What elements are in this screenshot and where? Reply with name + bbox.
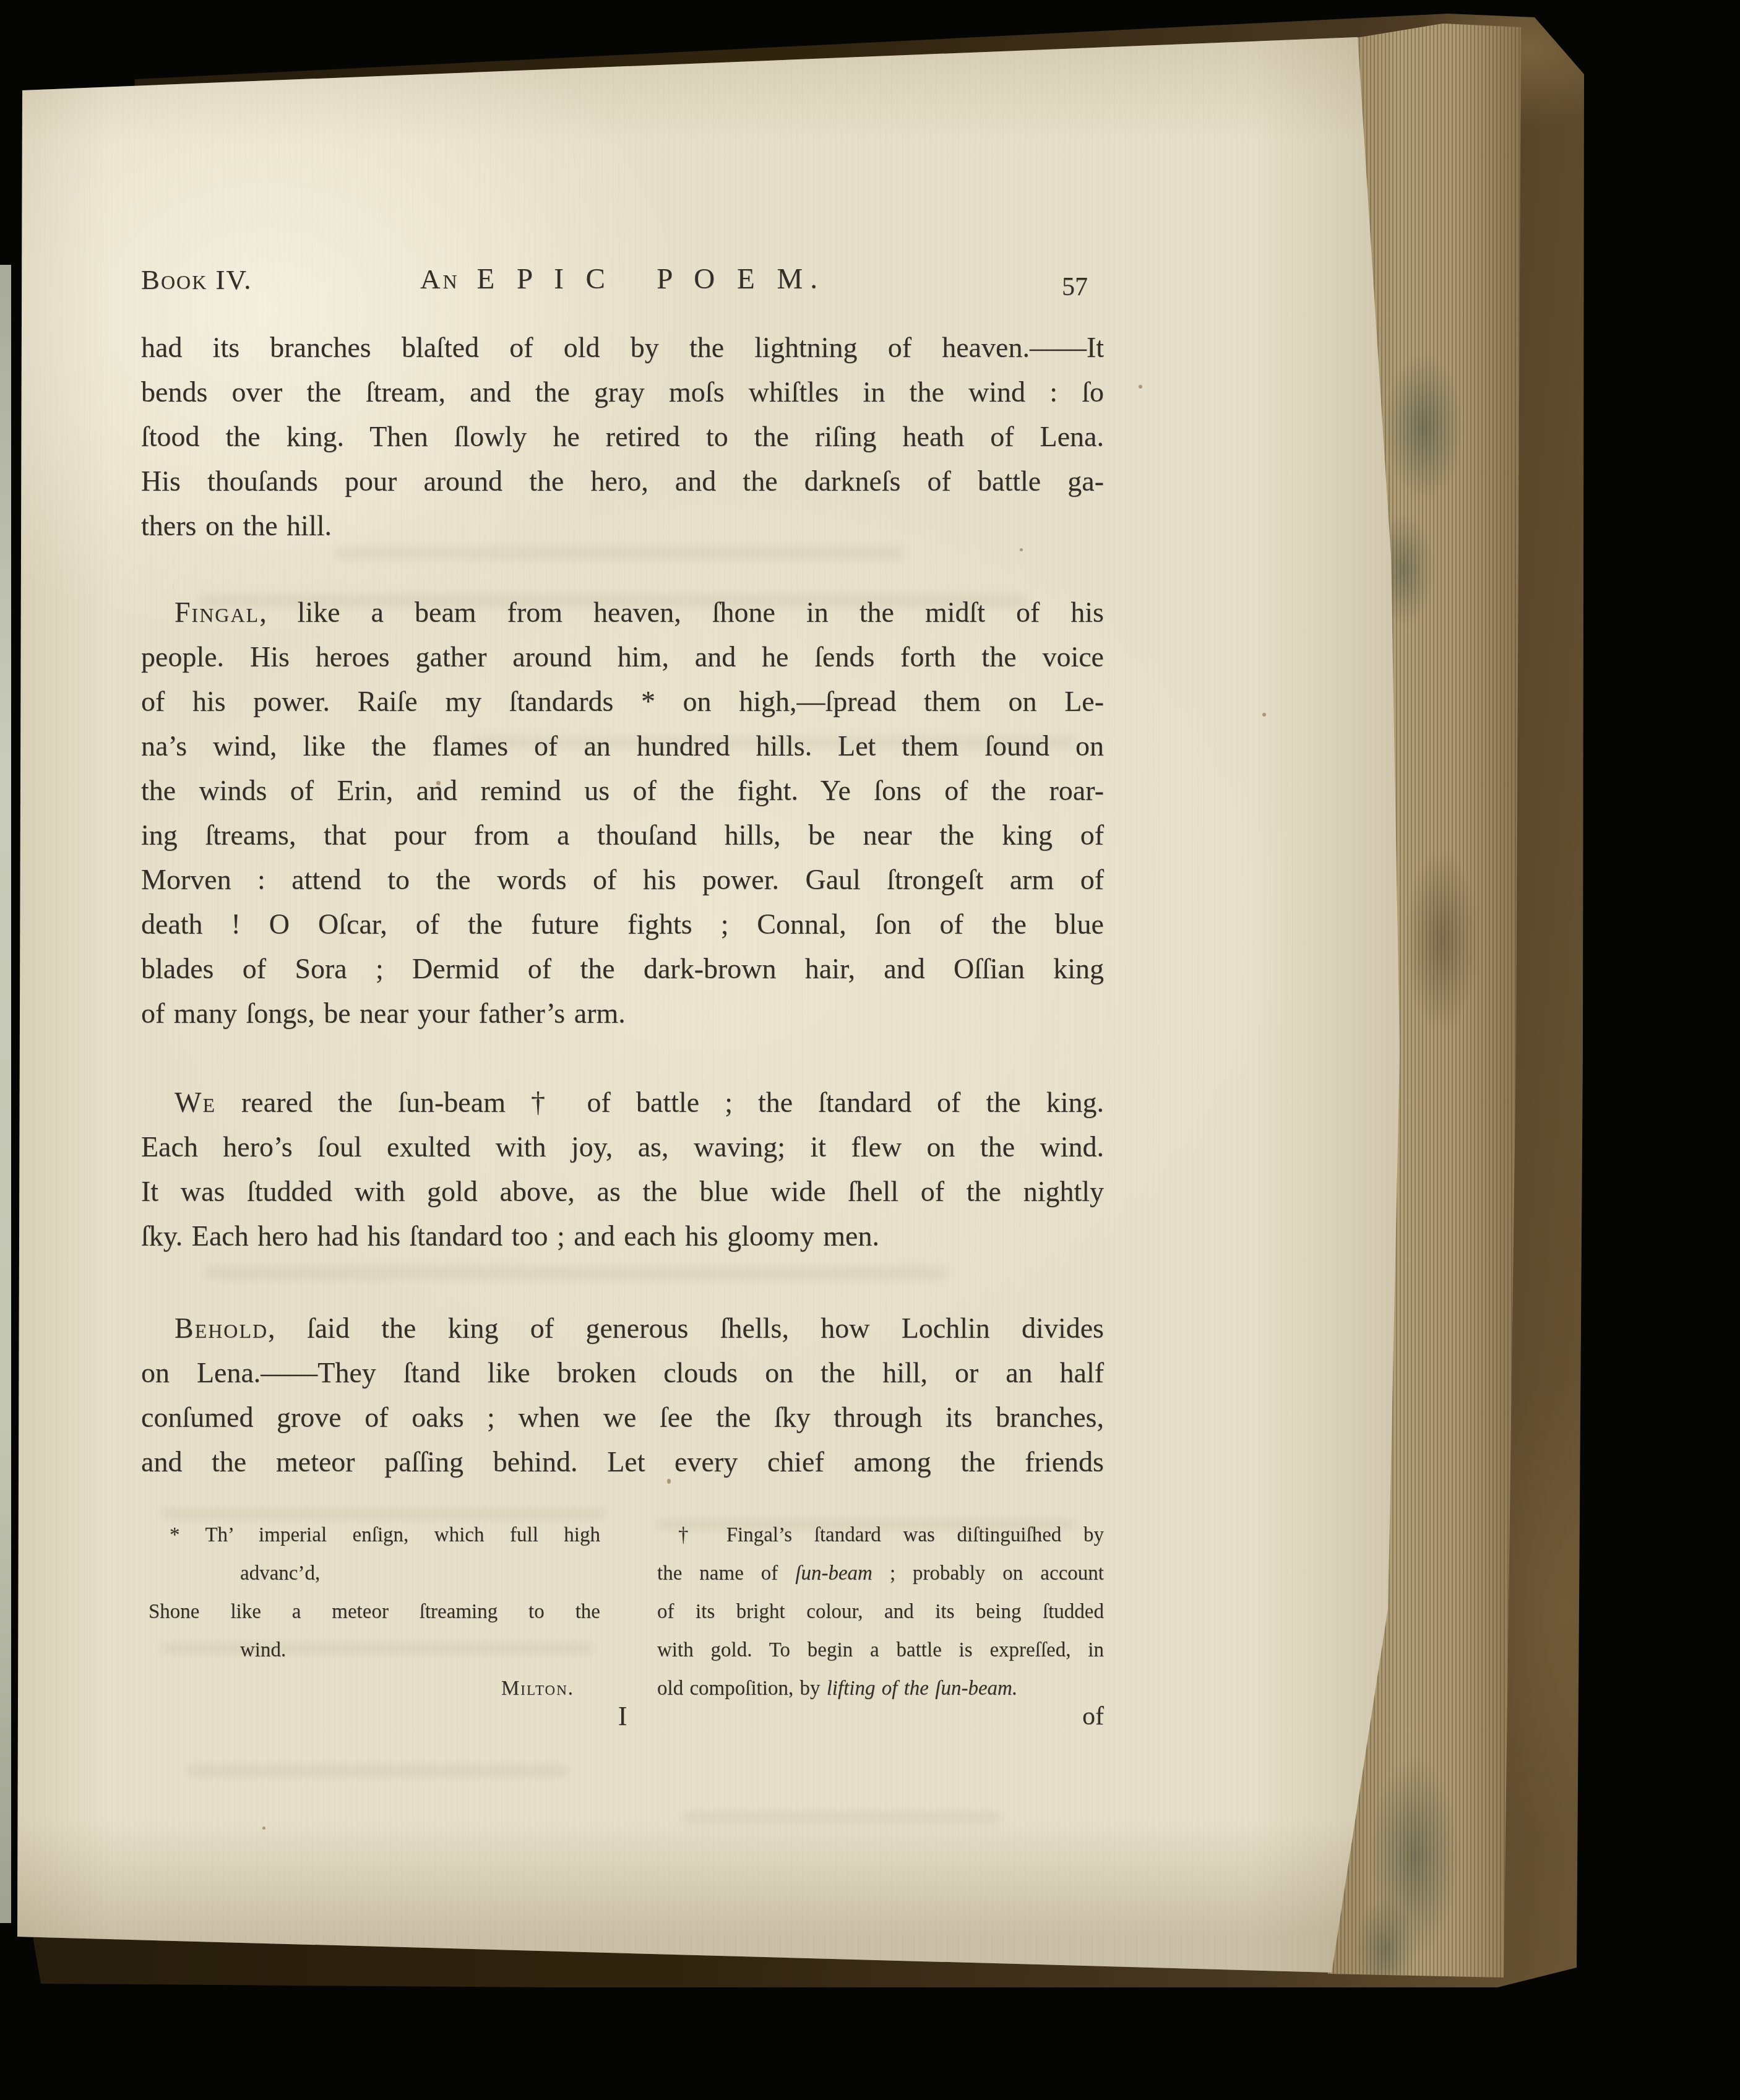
text-line: of its bright colour, and its being ſtud… xyxy=(657,1593,1104,1631)
text-line: We reared the ſun-beam † of battle ; the… xyxy=(141,1080,1104,1125)
text-line: * Th’ imperial enſign, which full high xyxy=(149,1516,600,1554)
book-photo: Book IV. AnE P I C P O E M. 57 had its b… xyxy=(0,0,1740,2100)
dust-speck xyxy=(1139,385,1142,389)
paragraph-1: had its branches blaſted of old by the l… xyxy=(141,325,1104,548)
page-title: AnE P I C P O E M. xyxy=(420,262,825,296)
text-line: of his power. Raiſe my ſtandards * on hi… xyxy=(141,679,1104,724)
text-line: the winds of Erin, and remind us of the … xyxy=(141,768,1104,813)
text-line: Fingal, like a beam from heaven, ſhone i… xyxy=(141,590,1104,635)
adjacent-page-edge xyxy=(0,265,11,1923)
footnote-right: † Fingal’s ſtandard was diſtinguiſhed by… xyxy=(657,1516,1104,1708)
signature-mark: I xyxy=(618,1700,627,1732)
text-line: death ! O Oſcar, of the future fights ; … xyxy=(141,902,1104,947)
book-label: Book IV. xyxy=(141,264,252,296)
text-line: ing ſtreams, that pour from a thouſand h… xyxy=(141,813,1104,858)
text-line: Behold, ſaid the king of generous ſhells… xyxy=(141,1306,1104,1351)
running-header: Book IV. AnE P I C P O E M. 57 xyxy=(141,262,1104,314)
text-line: conſumed grove of oaks ; when we ſee the… xyxy=(141,1395,1104,1440)
text-line: His thouſands pour around the hero, and … xyxy=(141,459,1104,504)
title-article: An xyxy=(420,264,460,295)
text-line: of many ſongs, be near your father’s arm… xyxy=(141,991,1104,1036)
text-line: bends over the ſtream, and the gray moſs… xyxy=(141,370,1104,415)
paragraph-4: Behold, ſaid the king of generous ſhells… xyxy=(141,1306,1104,1484)
text-line: It was ſtudded with gold above, as the b… xyxy=(141,1169,1104,1214)
text-line: and the meteor paſſing behind. Let every… xyxy=(141,1440,1104,1484)
dust-speck xyxy=(1262,713,1266,716)
text-line: on Lena.——They ſtand like broken clouds … xyxy=(141,1351,1104,1395)
text-line: wind. xyxy=(149,1631,600,1669)
catchword: of xyxy=(1082,1702,1104,1731)
text-line: advanc’d, xyxy=(149,1554,600,1593)
text-line: with gold. To begin a battle is expreſſe… xyxy=(657,1631,1104,1669)
page-text: Book IV. AnE P I C P O E M. 57 had its b… xyxy=(141,0,1104,2100)
text-line: Shone like a meteor ſtreaming to the xyxy=(149,1593,600,1631)
text-line: † Fingal’s ſtandard was diſtinguiſhed by xyxy=(657,1516,1104,1554)
text-line: ſtood the king. Then ſlowly he retired t… xyxy=(141,415,1104,459)
title-main: E P I C P O E M. xyxy=(477,263,825,295)
text-line: had its branches blaſted of old by the l… xyxy=(141,325,1104,370)
text-line: Each hero’s ſoul exulted with joy, as, w… xyxy=(141,1125,1104,1169)
text-line: thers on the hill. xyxy=(141,504,1104,548)
footnotes: * Th’ imperial enſign, which full highad… xyxy=(141,1516,1104,1708)
text-line: Morven : attend to the words of his powe… xyxy=(141,858,1104,902)
footnote-left: * Th’ imperial enſign, which full highad… xyxy=(149,1516,600,1708)
text-line: blades of Sora ; Dermid of the dark-brow… xyxy=(141,947,1104,991)
paragraph-3: We reared the ſun-beam † of battle ; the… xyxy=(141,1080,1104,1259)
text-line: ſky. Each hero had his ſtandard too ; an… xyxy=(141,1214,1104,1259)
text-line: people. His heroes gather around him, an… xyxy=(141,635,1104,679)
page-number: 57 xyxy=(1062,272,1088,302)
text-line: na’s wind, like the flames of an hundred… xyxy=(141,724,1104,768)
paragraph-2: Fingal, like a beam from heaven, ſhone i… xyxy=(141,590,1104,1036)
direction-line: I of xyxy=(141,1700,1104,1744)
text-line: the name of ſun-beam ; probably on accou… xyxy=(657,1554,1104,1593)
